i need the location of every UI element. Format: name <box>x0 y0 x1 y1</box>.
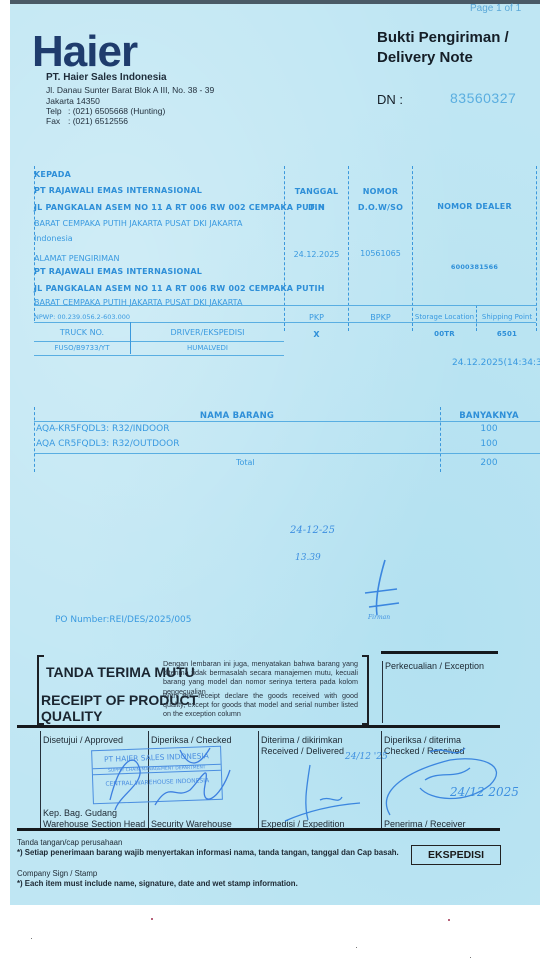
recipient-address-1: JL PANGKALAN ASEM NO 11 A RT 006 RW 002 … <box>34 203 325 212</box>
driver-value: HUMALVEDI <box>131 344 284 352</box>
company-telp: : (021) 6505668 (Hunting) <box>68 106 165 116</box>
recipient-name: PT RAJAWALI EMAS INTERNASIONAL <box>34 186 202 195</box>
driver-header: DRIVER/EKSPEDISI <box>131 328 284 337</box>
signer-name: Firman <box>368 614 390 621</box>
received-date: 24/12 2025 <box>450 785 519 799</box>
divider <box>382 661 383 723</box>
divider <box>34 421 540 422</box>
shipping-point-value: 6501 <box>477 330 537 338</box>
dealer-value: 6000381566 <box>413 263 536 271</box>
divider <box>34 341 284 342</box>
exception-top-border <box>381 651 498 654</box>
total-label: Total <box>236 458 255 467</box>
item-qty: 100 <box>441 424 537 434</box>
scan-speck <box>448 919 450 921</box>
receipt-title-en-2: QUALITY <box>41 708 102 724</box>
handwritten-time: 13.39 <box>295 553 321 563</box>
handwritten-date: 24-12-25 <box>290 525 335 536</box>
company-fax-label: Fax <box>46 116 60 126</box>
item-name: AQA-KR5FQDL3: R32/INDOOR <box>36 424 169 434</box>
note-en-title: Company Sign / Stamp <box>17 869 97 878</box>
item-qty: 100 <box>441 439 537 449</box>
recipient-country: Indonesia <box>34 234 73 243</box>
signature-expedition <box>280 755 370 825</box>
total-value: 200 <box>441 458 537 468</box>
divider <box>40 731 41 828</box>
document-title-id: Bukti Pengiriman / <box>377 28 537 48</box>
nomor-dows-label: D.O.W/SO <box>349 203 412 212</box>
bracket-right <box>362 655 369 725</box>
bpkp-header: BPKP <box>349 313 412 322</box>
document-title-en: Delivery Note <box>377 48 537 68</box>
company-address-1: Jl. Danau Sunter Barat Blok A III, No. 3… <box>46 85 214 95</box>
exception-label: Perkecualian / Exception <box>385 661 485 672</box>
company-address-2: Jakarta 14350 <box>46 96 100 106</box>
pkp-value: X <box>285 330 348 339</box>
print-timestamp: 24.12.2025(14:34:32) <box>452 358 540 368</box>
signature-top-border <box>17 725 500 728</box>
note-id: *) Setiap penerimaan barang wajib menyer… <box>17 848 399 857</box>
note-id-title: Tanda tangan/cap perusahaan <box>17 838 122 847</box>
shipping-point-header: Shipping Point <box>477 313 537 321</box>
haier-logo: Haier <box>32 30 137 74</box>
divider <box>34 355 284 356</box>
document-title: Bukti Pengiriman / Delivery Note <box>377 28 537 68</box>
receipt-text-en: With this receipt declare the goods rece… <box>163 691 358 719</box>
kepada-label: KEPADA <box>34 170 71 179</box>
company-telp-label: Telp <box>46 106 62 116</box>
nomor-value: 10561065 <box>349 249 412 258</box>
company-fax: : (021) 6512556 <box>68 116 128 126</box>
tanggal-label: TANGGAL <box>285 187 348 196</box>
tanggal-dn-label: D.N <box>285 203 348 212</box>
tanggal-value: 24.12.2025 <box>285 250 348 259</box>
dealer-label: NOMOR DEALER <box>413 202 536 211</box>
dn-number: 83560327 <box>450 90 516 106</box>
npwp: NPWP: 00.239.056.2-603.000 <box>34 313 130 321</box>
item-name-header: NAMA BARANG <box>34 411 440 421</box>
divider <box>34 305 536 306</box>
sig-delivered-label-id: Diterima / dikirimkan <box>261 735 343 746</box>
storage-location-header: Storage Location <box>413 313 476 321</box>
ship-to-label: ALAMAT PENGIRIMAN <box>34 254 119 263</box>
truck-value: FUSO/B9733/YT <box>34 344 130 352</box>
scan-speck <box>151 918 153 920</box>
item-qty-header: BANYAKNYA <box>441 411 537 421</box>
scan-speck <box>31 938 32 939</box>
nomor-label: NOMOR <box>349 187 412 196</box>
dn-label: DN : <box>377 92 403 107</box>
scan-speck <box>356 947 357 948</box>
divider <box>412 166 413 331</box>
divider <box>34 322 536 323</box>
divider <box>34 453 540 454</box>
divider <box>536 166 537 331</box>
scan-edge <box>10 0 540 4</box>
truck-header: TRUCK NO. <box>34 328 130 337</box>
pkp-header: PKP <box>285 313 348 322</box>
page-info: Page 1 of 1 <box>470 3 521 14</box>
signature-bottom-border <box>17 828 500 831</box>
divider <box>258 731 259 828</box>
company-name: PT. Haier Sales Indonesia <box>46 72 167 83</box>
ship-to-address-1: JL PANGKALAN ASEM NO 11 A RT 006 RW 002 … <box>34 284 325 293</box>
copy-label-ekspedisi: EKSPEDISI <box>411 845 501 865</box>
ship-to-name: PT RAJAWALI EMAS INTERNASIONAL <box>34 267 202 276</box>
scan-speck <box>470 957 471 958</box>
signature-approved-checked <box>80 740 240 820</box>
storage-location-value: 00TR <box>413 330 476 338</box>
recipient-address-2: BARAT CEMPAKA PUTIH JAKARTA PUSAT DKI JA… <box>34 219 242 228</box>
item-name: AQA CR5FQDL3: R32/OUTDOOR <box>36 439 179 449</box>
po-number: PO Number:REI/DES/2025/005 <box>55 615 192 625</box>
note-en: *) Each item must include name, signatur… <box>17 879 298 888</box>
